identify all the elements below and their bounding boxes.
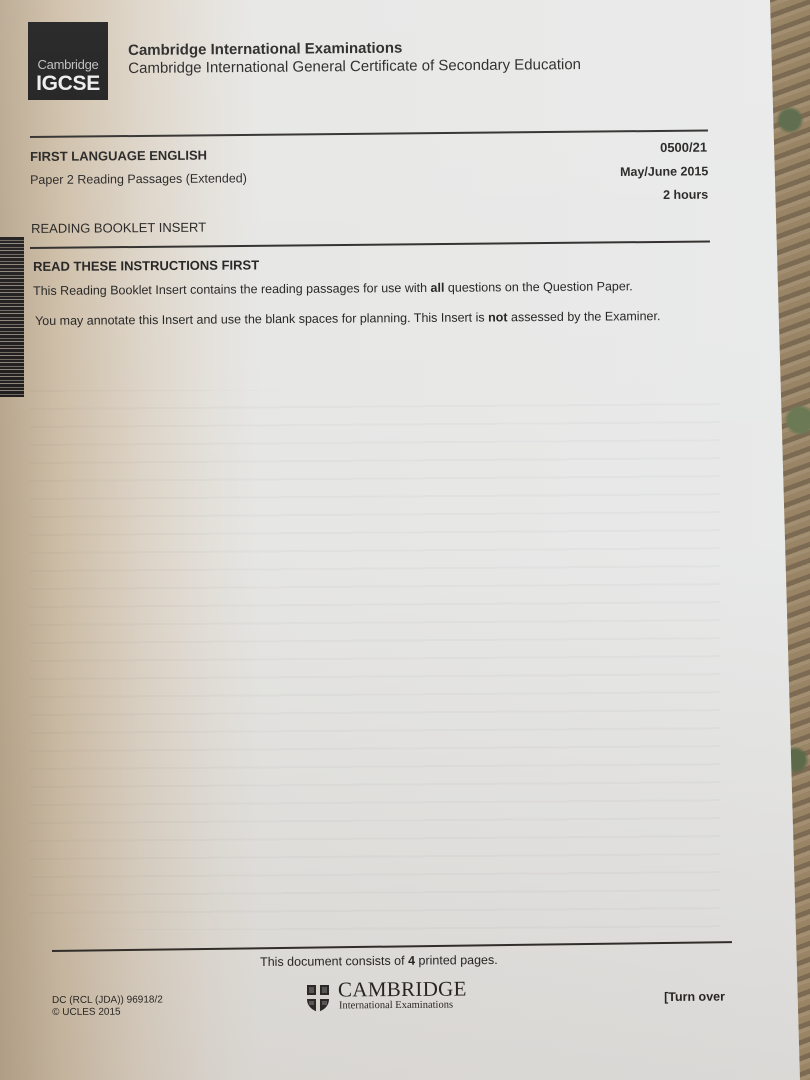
exam-session: May/June 2015 — [620, 164, 708, 179]
turn-over-note: [Turn over — [664, 990, 725, 1004]
exam-board-header: Cambridge International Examinations Cam… — [128, 38, 581, 78]
qualification-name: Cambridge International General Certific… — [128, 56, 581, 78]
emphasis-not: not — [488, 310, 508, 324]
exam-duration: 2 hours — [663, 188, 708, 202]
show-through-text — [30, 390, 720, 930]
divider-footer — [52, 941, 732, 951]
emphasis-all: all — [430, 281, 444, 295]
instructions-heading: READ THESE INSTRUCTIONS FIRST — [33, 257, 259, 274]
igcse-logo: Cambridge IGCSE — [28, 22, 108, 100]
cambridge-crest-icon — [306, 983, 330, 1013]
cambridge-wordmark-sub: International Examinations — [339, 1000, 453, 1012]
divider-instructions — [30, 240, 710, 248]
footer-reference: DC (RCL (JDA)) 96918/2 © UCLES 2015 — [52, 994, 163, 1019]
barcode — [0, 237, 24, 397]
paper-code: 0500/21 — [660, 140, 707, 155]
cambridge-wordmark: CAMBRIDGE — [338, 977, 467, 1003]
instruction-paragraph-2: You may annotate this Insert and use the… — [35, 308, 719, 330]
document-reference: DC (RCL (JDA)) 96918/2 — [52, 994, 163, 1007]
copyright-notice: © UCLES 2015 — [52, 1006, 163, 1019]
paper-title: Paper 2 Reading Passages (Extended) — [30, 171, 247, 187]
exam-insert-page: Cambridge IGCSE Cambridge International … — [0, 0, 810, 1080]
logo-line-cambridge: Cambridge — [38, 57, 99, 72]
divider-top — [30, 129, 708, 137]
logo-line-igcse: IGCSE — [36, 72, 100, 96]
document-type: READING BOOKLET INSERT — [31, 220, 206, 236]
instruction-paragraph-1: This Reading Booklet Insert contains the… — [33, 278, 723, 300]
page-count-note: This document consists of 4 printed page… — [260, 953, 498, 969]
organisation-name: Cambridge International Examinations — [128, 38, 581, 60]
subject-title: FIRST LANGUAGE ENGLISH — [30, 148, 207, 164]
